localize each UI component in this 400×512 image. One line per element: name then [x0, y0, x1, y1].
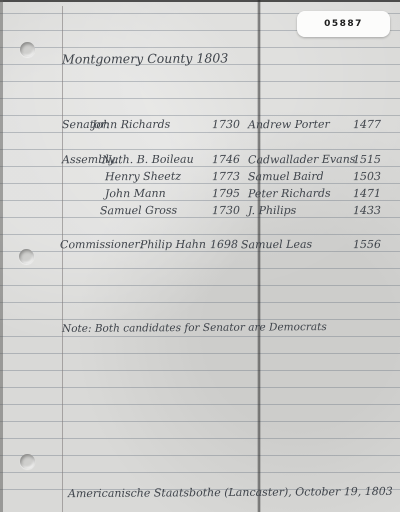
opponent-votes: 1477: [353, 118, 381, 132]
ruled-lines: [0, 8, 400, 512]
opponent-name: Samuel Leas: [241, 238, 312, 252]
result-row-senator: Senator: John Richards 1730 Andrew Porte…: [0, 118, 400, 136]
archive-number-label: 05887: [297, 11, 390, 37]
winner-votes: 1795: [212, 187, 240, 201]
archive-number: 05887: [324, 19, 363, 29]
scan-crease-line: [257, 0, 261, 512]
winner-votes: 1730: [212, 118, 240, 132]
opponent-votes: 1515: [353, 153, 381, 167]
result-row-assembly-1: Assembly: Nath. B. Boileau 1746 Cadwalla…: [0, 153, 400, 171]
winner-name: Nath. B. Boileau: [102, 153, 194, 168]
winner-name: John Richards: [92, 118, 170, 133]
result-row-assembly-2: Henry Sheetz 1773 Samuel Baird 1503: [0, 170, 400, 188]
opponent-votes: 1503: [353, 170, 381, 184]
scan-edge-top: [0, 0, 400, 2]
source-citation: Americanische Staatsbothe (Lancaster), O…: [68, 485, 393, 501]
opponent-name: Andrew Porter: [248, 118, 330, 133]
result-row-assembly-4: Samuel Gross 1730 J. Philips 1433: [0, 204, 400, 222]
margin-line: [62, 6, 63, 512]
note-text: Note: Both candidates for Senator are De…: [62, 320, 327, 336]
winner-votes: 1730: [212, 204, 240, 218]
office-label: Commissioner:: [60, 238, 144, 253]
opponent-votes: 1433: [353, 204, 381, 218]
winner-name: Samuel Gross: [100, 204, 177, 219]
opponent-name: Cadwallader Evans: [248, 153, 356, 168]
winner-name: Philip Hahn: [140, 238, 206, 252]
winner-name: Henry Sheetz: [105, 170, 181, 185]
winner-votes: 1698: [210, 238, 238, 252]
scan-edge-left: [0, 0, 3, 512]
winner-name: John Mann: [105, 187, 166, 201]
opponent-name: J. Philips: [248, 204, 296, 218]
page-title: Montgomery County 1803: [62, 51, 228, 66]
result-row-assembly-3: John Mann 1795 Peter Richards 1471: [0, 187, 400, 205]
scanned-document-page: { "label": { "number": "05887" }, "page"…: [0, 0, 400, 512]
hole-punch-top: [20, 42, 35, 57]
opponent-votes: 1471: [353, 187, 381, 201]
result-row-commissioner: Commissioner: Philip Hahn 1698 Samuel Le…: [0, 238, 400, 256]
winner-votes: 1746: [212, 153, 240, 167]
opponent-votes: 1556: [353, 238, 381, 252]
hole-punch-bottom: [20, 454, 35, 469]
opponent-name: Samuel Baird: [248, 170, 324, 185]
opponent-name: Peter Richards: [248, 187, 331, 202]
winner-votes: 1773: [212, 170, 240, 184]
